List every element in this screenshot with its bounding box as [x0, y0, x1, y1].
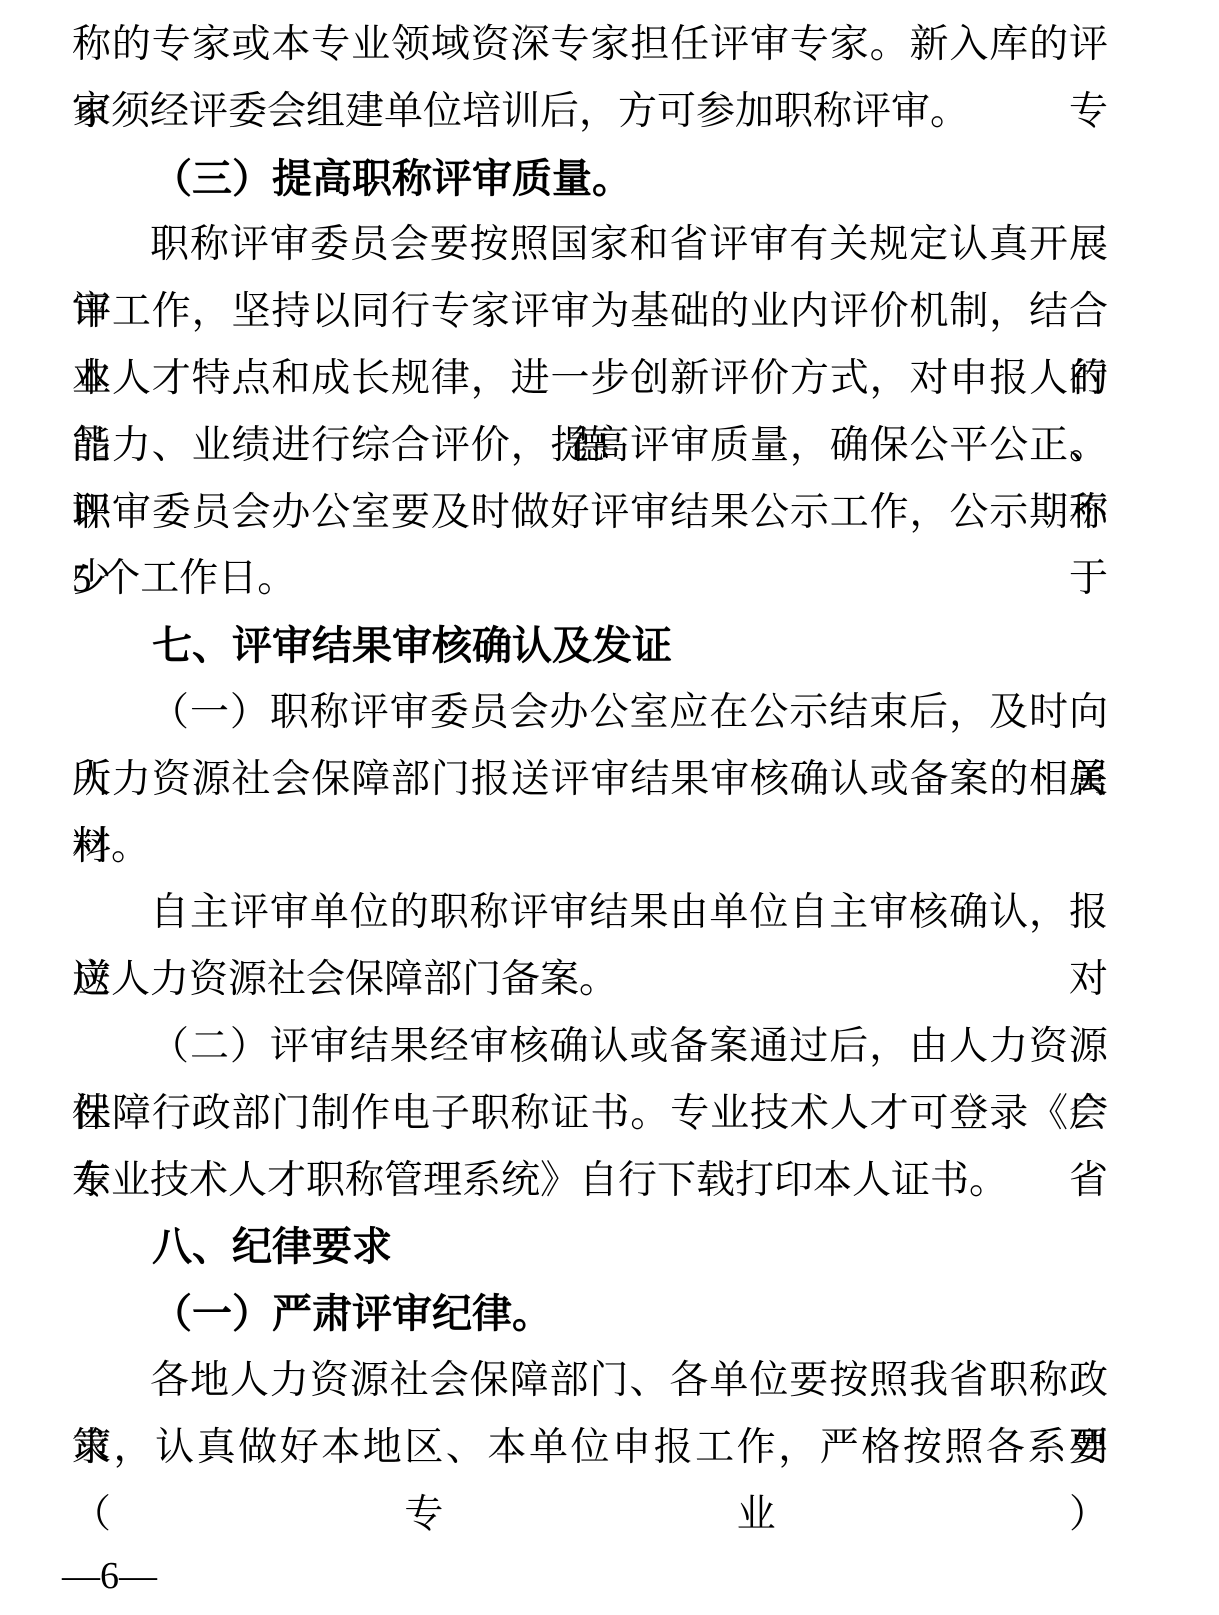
- text-line: 专业技术人才职称管理系统》自行下载打印本人证书。: [72, 1148, 1108, 1215]
- text-line: 保障行政部门制作电子职称证书。专业技术人才可登录《广东省: [72, 1081, 1108, 1148]
- text-line: 求，认真做好本地区、本单位申报工作，严格按照各系列（专业）: [72, 1415, 1108, 1482]
- text-line: （二）评审结果经审核确认或备案通过后，由人力资源社会: [72, 1014, 1108, 1081]
- text-line: 七、评审结果审核确认及发证: [72, 613, 1108, 680]
- text-line: 料。: [72, 814, 1108, 881]
- document-body: 称的专家或本专业领域资深专家担任评审专家。新入库的评审专家须经评委会组建单位培训…: [72, 12, 1108, 1482]
- text-line: （一）职称评审委员会办公室应在公示结束后，及时向所属: [72, 680, 1108, 747]
- text-line: 职称评审委员会要按照国家和省评审有关规定认真开展评: [72, 212, 1108, 279]
- page-number: —6—: [62, 1552, 157, 1600]
- text-line: （三）提高职称评审质量。: [72, 146, 1108, 213]
- text-line: 业人才特点和成长规律，进一步创新评价方式，对申报人的品德、: [72, 346, 1108, 413]
- text-line: 人力资源社会保障部门报送评审结果审核确认或备案的相关材: [72, 747, 1108, 814]
- text-line: （一）严肃评审纪律。: [72, 1281, 1108, 1348]
- text-line: 八、纪律要求: [72, 1214, 1108, 1281]
- text-line: 自主评审单位的职称评审结果由单位自主审核确认，报送对: [72, 880, 1108, 947]
- document-page: 称的专家或本专业领域资深专家担任评审专家。新入库的评审专家须经评委会组建单位培训…: [0, 0, 1219, 1615]
- text-line: 称的专家或本专业领域资深专家担任评审专家。新入库的评审专: [72, 12, 1108, 79]
- text-line: 评审委员会办公室要及时做好评审结果公示工作，公示期不少于: [72, 480, 1108, 547]
- text-line: 审工作，坚持以同行专家评审为基础的业内评价机制，结合本行: [72, 279, 1108, 346]
- text-line: 能力、业绩进行综合评价，提高评审质量，确保公平公正。职称: [72, 413, 1108, 480]
- text-line: 各地人力资源社会保障部门、各单位要按照我省职称政策要: [72, 1348, 1108, 1415]
- text-line: 家须经评委会组建单位培训后，方可参加职称评审。: [72, 79, 1108, 146]
